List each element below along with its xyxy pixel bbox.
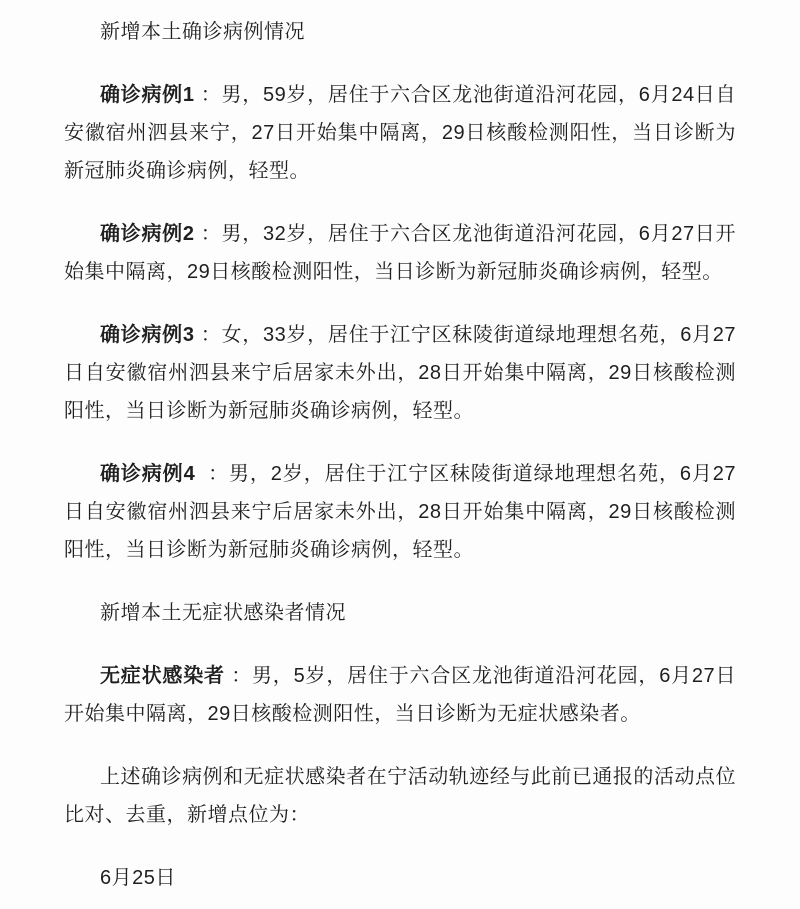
paragraph-text: 6月25日 [100,867,176,889]
paragraph-trajectory-intro: 上述确诊病例和无症状感染者在宁活动轨迹经与此前已通报的活动点位比对、去重，新增点… [64,758,736,834]
paragraph-asymptomatic-case: 无症状感染者 ：男，5岁，居住于六合区龙池街道沿河花园，6月27日开始集中隔离，… [64,657,736,733]
paragraph-case-2: 确诊病例2 ：男，32岁，居住于六合区龙池街道沿河花园，6月27日开始集中隔离，… [64,215,736,291]
paragraph-date: 6月25日 [64,859,736,897]
paragraph-text: 新增本土无症状感染者情况 [100,602,346,624]
paragraph-case-1: 确诊病例1 ：男，59岁，居住于六合区龙池街道沿河花园，6月24日自安徽宿州泗县… [64,76,736,190]
paragraph-text: 新增本土确诊病例情况 [100,21,305,43]
paragraph-case-3: 确诊病例3 ：女，33岁，居住于江宁区秣陵街道绿地理想名苑，6月27日自安徽宿州… [64,316,736,430]
paragraph-case-4: 确诊病例4 ：男，2岁，居住于江宁区秣陵街道绿地理想名苑，6月27日自安徽宿州泗… [64,455,736,569]
paragraph-text: 上述确诊病例和无症状感染者在宁活动轨迹经与此前已通报的活动点位比对、去重，新增点… [64,766,736,826]
case-label: 确诊病例3 [100,324,195,346]
article-body: 新增本土确诊病例情况 确诊病例1 ：男，59岁，居住于六合区龙池街道沿河花园，6… [0,0,800,897]
case-label: 确诊病例4 [100,463,195,485]
case-label: 无症状感染者 [100,665,225,687]
case-label: 确诊病例1 [100,84,195,106]
page: 新增本土确诊病例情况 确诊病例1 ：男，59岁，居住于六合区龙池街道沿河花园，6… [0,0,800,909]
section-heading-confirmed-cases: 新增本土确诊病例情况 [64,13,736,51]
section-heading-asymptomatic: 新增本土无症状感染者情况 [64,594,736,632]
case-label: 确诊病例2 [100,223,195,245]
